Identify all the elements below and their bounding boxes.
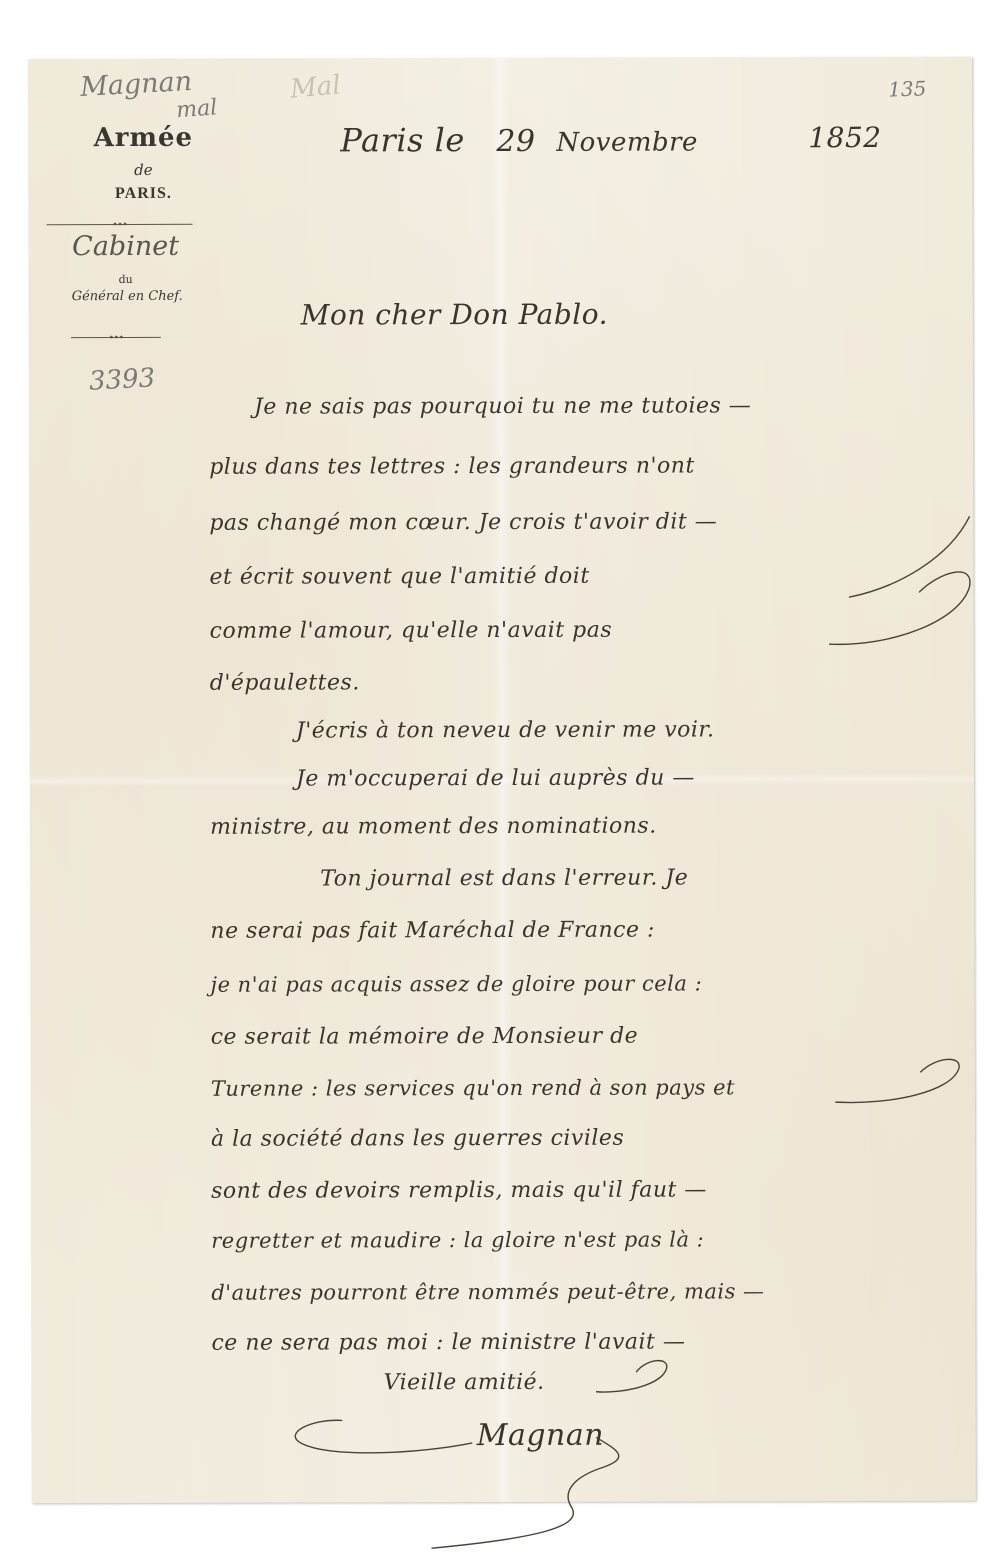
letterhead-de: de bbox=[68, 161, 218, 179]
body-line: et écrit souvent que l'amitié doit bbox=[209, 564, 589, 590]
line-flourish-3 bbox=[831, 1047, 981, 1117]
body-line: d'autres pourront être nommés peut-être,… bbox=[211, 1279, 764, 1304]
body-line: ce ne sera pas moi : le ministre l'avait… bbox=[211, 1330, 685, 1356]
body-line: je n'ai pas acquis assez de gloire pour … bbox=[211, 971, 703, 996]
letterhead-armee: Armée bbox=[68, 123, 218, 153]
pencil-archive-number: 3393 bbox=[88, 363, 156, 397]
body-line: sont des devoirs remplis, mais qu'il fau… bbox=[211, 1177, 707, 1203]
body-line: d'épaulettes. bbox=[210, 670, 360, 695]
letterhead-general-en-chef: Général en Chef. bbox=[45, 289, 210, 304]
letter-sheet: Magnan mal Mal 3393 135 Armée de PARIS. … bbox=[28, 57, 976, 1503]
body-line: Ton journal est dans l'erreur. Je bbox=[320, 866, 688, 892]
letterhead-cabinet: Cabinet bbox=[51, 231, 201, 262]
body-line: à la société dans les guerres civiles bbox=[211, 1126, 624, 1152]
letterhead-rule-top bbox=[47, 224, 193, 225]
date-year: 1852 bbox=[808, 121, 881, 154]
pencil-page-number: 135 bbox=[888, 76, 927, 101]
body-line: pas changé mon cœur. Je crois t'avoir di… bbox=[209, 509, 717, 535]
body-line: Je ne sais pas pourquoi tu ne me tutoies… bbox=[254, 393, 751, 419]
closing-flourish bbox=[592, 1354, 682, 1404]
signature-paraph bbox=[272, 1398, 672, 1554]
date-month: Novembre bbox=[556, 127, 698, 157]
date-day: 29 bbox=[496, 124, 535, 159]
body-line: comme l'amour, qu'elle n'avait pas bbox=[210, 618, 613, 644]
body-line: Je m'occuperai de lui auprès du — bbox=[296, 765, 695, 791]
salutation: Mon cher Don Pablo. bbox=[301, 298, 608, 332]
pencil-annotation-faint: Mal bbox=[289, 70, 342, 104]
body-line: plus dans tes lettres : les grandeurs n'… bbox=[209, 453, 695, 479]
pencil-annotation-note: mal bbox=[175, 95, 218, 123]
body-line: regretter et maudire : la gloire n'est p… bbox=[211, 1227, 704, 1252]
body-line: Turenne : les services qu'on rend à son … bbox=[211, 1075, 735, 1100]
letter-body: Je ne sais pas pourquoi tu ne me tutoies… bbox=[28, 57, 972, 59]
letterhead-rule-bottom bbox=[71, 337, 161, 338]
body-line: ne serai pas fait Maréchal de France : bbox=[210, 918, 655, 944]
date-place: Paris le bbox=[340, 121, 465, 159]
letterhead: Armée de PARIS. Cabinet du Général en Ch… bbox=[68, 123, 219, 353]
letterhead-du: du bbox=[51, 273, 201, 286]
dateline: Paris le 29 Novembre 1852 bbox=[28, 57, 972, 59]
closing: Vieille amitié. bbox=[384, 1370, 545, 1395]
letterhead-paris: PARIS. bbox=[68, 185, 218, 203]
line-flourish-2 bbox=[819, 552, 989, 662]
body-line: ministre, au moment des nominations. bbox=[210, 814, 657, 840]
body-line: ce serait la mémoire de Monsieur de bbox=[211, 1024, 639, 1050]
body-line: J'écris à ton neveu de venir me voir. bbox=[296, 717, 715, 743]
